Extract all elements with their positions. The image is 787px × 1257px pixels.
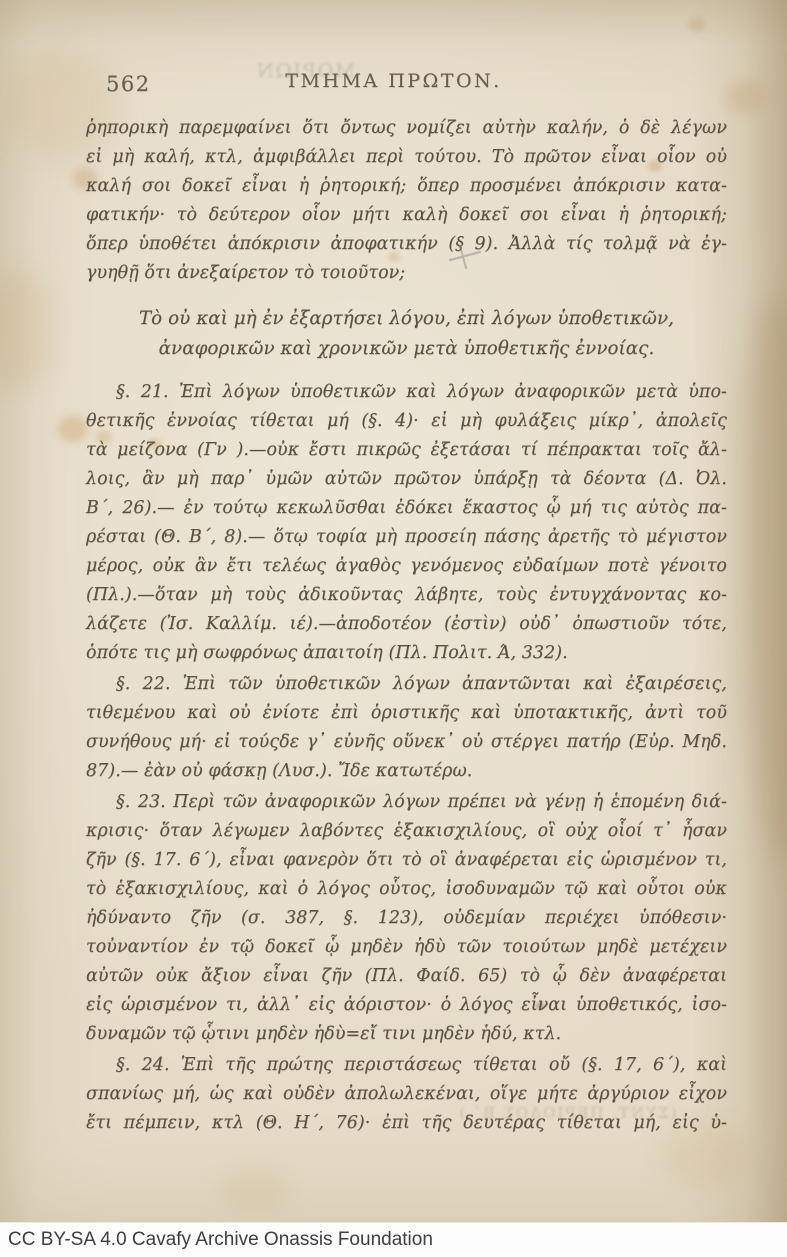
text-line: μέρος, οὐκ ἂν ἔτι τελέως ἀγαθὸς γενόμενο… (86, 552, 727, 581)
text-line: ἀναφορικῶν καὶ χρονικῶν μετὰ ὑποθετικῆς … (116, 334, 697, 364)
text-line: τιθεμένου καὶ οὐ ἐνίοτε ἐπὶ ὁριστικῆς κα… (86, 699, 727, 728)
text-line: λοις, ἂν μὴ παρ᾽ ὑμῶν αὐτῶν πρῶτον ὑπάρξ… (86, 465, 727, 494)
text-line: 87).— ἐὰν οὐ φάσκῃ (Λυσ.). Ἴδε κατωτέρω. (86, 757, 727, 786)
text-line: ζῆν (§. 17. 6΄), εἶναι φανερὸν ὅτι τὸ οἳ… (86, 846, 727, 875)
foxing-stain (58, 416, 88, 442)
text-line: τὰ μείζονα (Γν ).—οὐκ ἔστι πικρῶς ἐξετάσ… (86, 436, 727, 465)
text-line: συνήθους μή· εἰ τούςδε γ᾽ εὐνῆς οὕνεκ᾽ ο… (86, 728, 727, 757)
text-line: λάζετε (Ἰσ. Καλλίμ. ιέ).—ἀποδοτέον (ἐστὶ… (86, 610, 727, 639)
text-line: §. 24. Ἐπὶ τῆς πρώτης περιστάσεως τίθετα… (86, 1051, 727, 1080)
text-line: καλή σοι δοκεῖ εἶναι ἡ ῥητορική; ὅπερ πρ… (86, 172, 727, 201)
scanned-page: ΜΟΡΙΩΝ 562 ΤΜΗΜΑ ΠΡΩΤΟΝ. ῥηπορικὴ παρεμφ… (0, 0, 787, 1257)
text-line: τὸ ἑξακισχιλίους, καὶ ὁ λόγος οὗτος, ἰσο… (86, 875, 727, 904)
text-line: αὐτῶν οὐκ ἄξιον εἶναι ζῆν (Πλ. Φαίδ. 65)… (86, 962, 727, 991)
text-line: §. 22. Ἐπὶ τῶν ὑποθετικῶν λόγων ἀπαντῶντ… (86, 670, 727, 699)
text-line: δυναμῶν τῷ ᾧτινι μηδὲν ἡδὺ=εἴ τινι μηδὲν… (86, 1020, 727, 1049)
text-line: ἔτι πέμπειν, κτλ (Θ. Η΄, 76)· ἐπὶ τῆς δε… (86, 1109, 727, 1138)
page-edge-shadow (743, 295, 787, 865)
paragraph: §. 24. Ἐπὶ τῆς πρώτης περιστάσεως τίθετα… (86, 1051, 727, 1138)
text-line: θετικῆς ἐννοίας τίθεται μή (§. 4)· εἰ μὴ… (86, 407, 727, 436)
text-line: (Πλ.).—ὅταν μὴ τοὺς ἀδικοῦντας λάβητε, τ… (86, 581, 727, 610)
text-line: ρέσται (Θ. Β΄, 8).— ὅτῳ τοφία μὴ προσείη… (86, 523, 727, 552)
page-body-text: ῥηπορικὴ παρεμφαίνει ὅτι ὄντως νομίζει α… (86, 114, 727, 1140)
text-line: εἰ μὴ καλή, κτλ, ἀμφιβάλλει περὶ τούτου.… (86, 143, 727, 172)
text-line: φατικήν· τὸ δεύτερον οἷον μήτι καλὴ δοκε… (86, 201, 727, 230)
text-line: σπανίως μή, ὡς καὶ οὐδὲν ἀπολωλεκέναι, ο… (86, 1080, 727, 1109)
foxing-stain (0, 270, 52, 390)
paragraph: §. 21. Ἐπὶ λόγων ὑποθετικῶν καὶ λόγων ἀν… (86, 378, 727, 668)
paragraph: §. 22. Ἐπὶ τῶν ὑποθετικῶν λόγων ἀπαντῶντ… (86, 670, 727, 786)
text-line: ἠδύναντο ζῆν (σ. 387, §. 123), οὐδεμίαν … (86, 904, 727, 933)
text-line: τοὐναντίον ἐν τῷ δοκεῖ ᾧ μηδὲν ἡδὺ τῶν τ… (86, 933, 727, 962)
section-heading: Τὸ οὐ καὶ μὴ ἐν ἐξαρτήσει λόγου, ἐπὶ λόγ… (116, 304, 697, 364)
text-line: εἰς ὡρισμένον τι, ἀλλ᾽ εἰς ἀόριστον· ὁ λ… (86, 991, 727, 1020)
text-line: §. 21. Ἐπὶ λόγων ὑποθετικῶν καὶ λόγων ἀν… (86, 378, 727, 407)
foxing-stain (220, 1170, 290, 1210)
text-line: Τὸ οὐ καὶ μὴ ἐν ἐξαρτήσει λόγου, ἐπὶ λόγ… (116, 304, 697, 334)
text-line: §. 23. Περὶ τῶν ἀναφορικῶν λόγων πρέπει … (86, 788, 727, 817)
paragraph: §. 23. Περὶ τῶν ἀναφορικῶν λόγων πρέπει … (86, 788, 727, 1049)
foxing-stain (688, 18, 706, 32)
paragraph: ῥηπορικὴ παρεμφαίνει ὅτι ὄντως νομίζει α… (86, 114, 727, 288)
text-line: κρισις· ὅταν λέγωμεν λαβόντες ἑξακισχιλί… (86, 817, 727, 846)
license-bar: CC BY-SA 4.0 Cavafy Archive Onassis Foun… (0, 1222, 787, 1257)
text-line: Β΄, 26).— ἐν τούτῳ κεκωλῦσθαι ἐδόκει ἕκα… (86, 494, 727, 523)
text-line: ὁπότε τις μὴ σωφρόνως ἀπαιτοίη (Πλ. Πολι… (86, 639, 727, 668)
running-header: ΤΜΗΜΑ ΠΡΩΤΟΝ. (0, 70, 787, 92)
text-line: ῥηπορικὴ παρεμφαίνει ὅτι ὄντως νομίζει α… (86, 114, 727, 143)
pencil-mark (447, 243, 483, 271)
text-line: γυηθῇ ὅτι ἀνεξαίρετον τὸ τοιοῦτον; (86, 259, 727, 288)
text-line: ὅπερ ὑποθέτει ἀπόκρισιν ἀποφατικήν (§ 9)… (86, 230, 727, 259)
license-text: CC BY-SA 4.0 Cavafy Archive Onassis Foun… (8, 1223, 433, 1257)
